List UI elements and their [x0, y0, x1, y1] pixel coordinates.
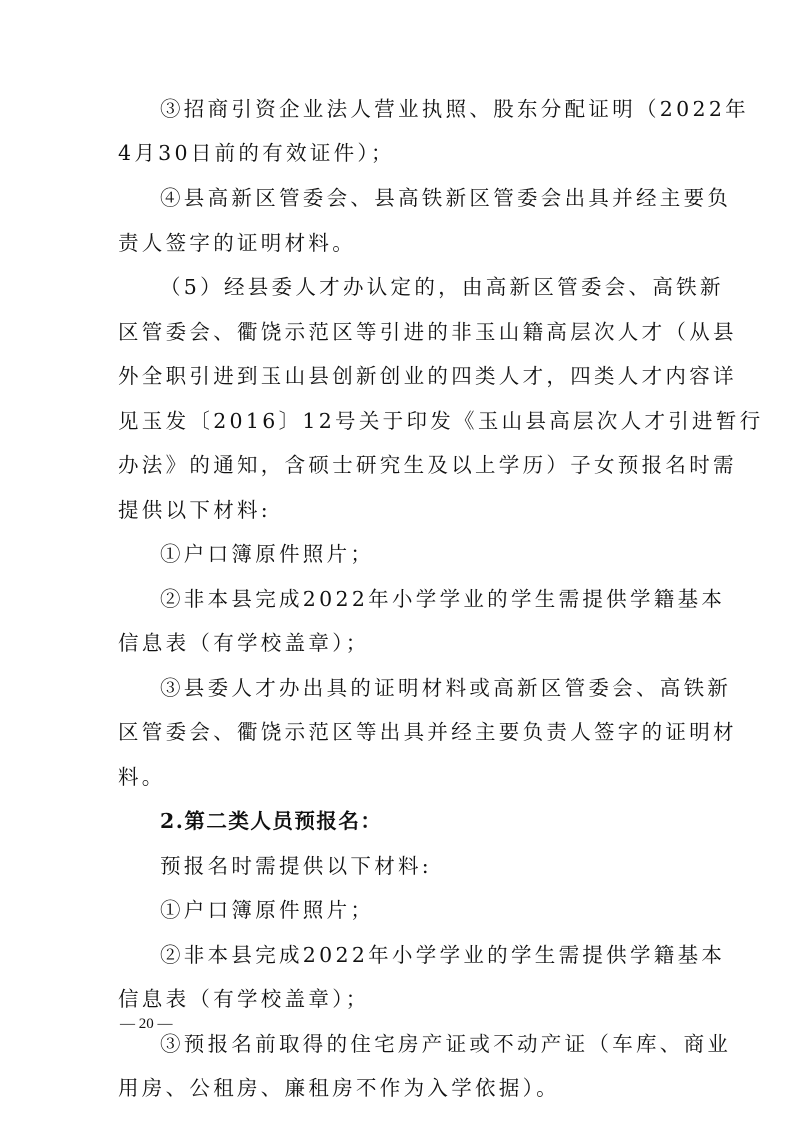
- list-item-student-record: ②非本县完成2022年小学学业的学生需提供学籍基本: [160, 586, 725, 612]
- text-line: 提供以下材料:: [118, 497, 271, 523]
- text-line: 用房、公租房、廉租房不作为入学依据）。: [118, 1075, 560, 1101]
- text-line: 见玉发〔2016〕12号关于印发《玉山县高层次人才引进暂行: [118, 408, 763, 434]
- list-item-student-record: ②非本县完成2022年小学学业的学生需提供学籍基本: [160, 942, 725, 968]
- text-line: 外全职引进到玉山县创新创业的四类人才，四类人才内容详: [118, 363, 737, 389]
- list-item-household-register: ①户口簿原件照片；: [160, 541, 374, 567]
- text-line: 信息表（有学校盖章）；: [118, 986, 370, 1012]
- text-line: 4月30日前的有效证件）；: [118, 140, 395, 166]
- text-line: 料。: [118, 764, 166, 790]
- section-heading: 2.第二类人员预报名：: [160, 808, 382, 834]
- text-line: 区管委会、衢饶示范区等出具并经主要负责人签字的证明材: [118, 719, 737, 745]
- text-line: 信息表（有学校盖章）；: [118, 630, 370, 656]
- list-item-business-license: ③招商引资企业法人营业执照、股东分配证明（2022年: [160, 96, 749, 122]
- page-number: — 20 —: [120, 1016, 173, 1033]
- list-item-household-register: ①户口簿原件照片；: [160, 897, 374, 923]
- text-line: 责人签字的证明材料。: [118, 230, 356, 256]
- paragraph-item-5: （5）经县委人才办认定的，由高新区管委会、高铁新: [160, 274, 724, 300]
- text-line: 办法》的通知，含硕士研究生及以上学历）子女预报名时需: [118, 452, 737, 478]
- list-item-property-certificate: ③预报名前取得的住宅房产证或不动产证（车库、商业: [160, 1031, 731, 1057]
- text-line: 区管委会、衢饶示范区等引进的非玉山籍高层次人才（从县: [118, 319, 737, 345]
- list-item-talent-certificate: ③县委人才办出具的证明材料或高新区管委会、高铁新: [160, 675, 731, 701]
- list-item-certification: ④县高新区管委会、县高铁新区管委会出具并经主要负: [160, 185, 731, 211]
- text-line: 预报名时需提供以下材料:: [160, 853, 432, 879]
